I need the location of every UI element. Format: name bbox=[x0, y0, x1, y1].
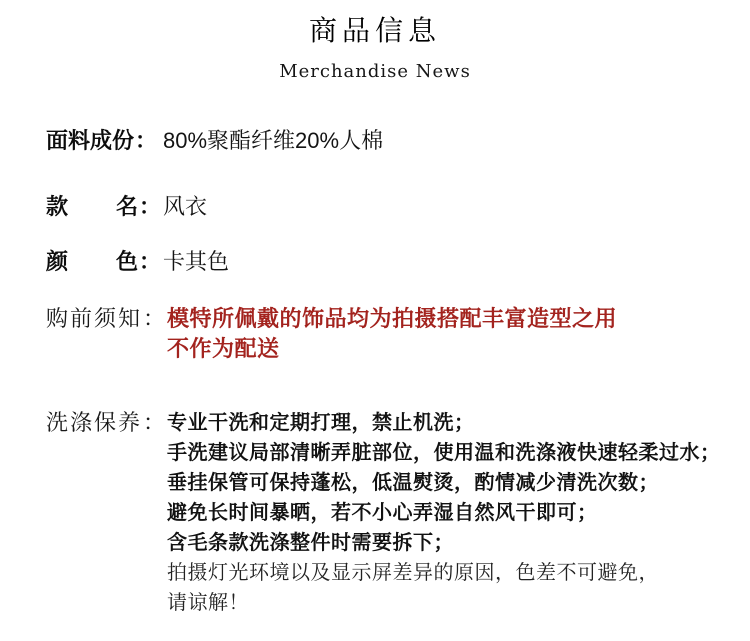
page-header: 商品信息 Merchandise News bbox=[0, 0, 750, 82]
care-line-5: 含毛条款洗涤整件时需要拆下； bbox=[167, 528, 721, 558]
fabric-composition-value: 80%聚酯纤维20%人棉 bbox=[163, 128, 383, 154]
style-name-colon: ： bbox=[139, 194, 161, 220]
care-line-4: 避免长时间暴晒，若不小心弄湿自然风干即可； bbox=[167, 498, 721, 528]
field-style-name: 款 名 ： 风衣 bbox=[46, 194, 730, 220]
field-purchase-notice: 购前须知： 模特所佩戴的饰品均为拍摄搭配丰富造型之用 不作为配送 bbox=[46, 304, 730, 364]
care-colon: ： bbox=[143, 408, 167, 438]
purchase-notice-label: 购前须知： bbox=[46, 304, 167, 334]
care-line-6: 拍摄灯光环境以及显示屏差异的原因，色差不可避免， bbox=[167, 558, 721, 588]
care-instructions-value: 专业干洗和定期打理，禁止机洗； 手洗建议局部清晰弄脏部位，使用温和洗涤液快速轻柔… bbox=[167, 408, 721, 618]
care-label: 洗涤保养： bbox=[46, 408, 167, 438]
fabric-composition-colon: ： bbox=[135, 128, 157, 154]
care-line-1: 专业干洗和定期打理，禁止机洗； bbox=[167, 408, 721, 438]
color-value: 卡其色 bbox=[163, 249, 229, 275]
color-label-char-1: 颜 bbox=[46, 249, 68, 275]
purchase-notice-value: 模特所佩戴的饰品均为拍摄搭配丰富造型之用 不作为配送 bbox=[167, 304, 617, 364]
color-label-char-2: 色 bbox=[116, 249, 138, 275]
purchase-notice-colon: ： bbox=[143, 304, 167, 334]
field-care-instructions: 洗涤保养： 专业干洗和定期打理，禁止机洗； 手洗建议局部清晰弄脏部位，使用温和洗… bbox=[46, 408, 730, 618]
color-label-text: 颜 色 bbox=[46, 249, 138, 275]
style-name-label: 款 名 ： bbox=[46, 194, 163, 220]
fabric-composition-label-text: 面料成份 bbox=[46, 128, 134, 154]
field-fabric-composition: 面料成份： 80%聚酯纤维20%人棉 bbox=[46, 128, 730, 154]
product-info-page: 商品信息 Merchandise News 面料成份： 80%聚酯纤维20%人棉… bbox=[0, 0, 750, 641]
style-name-label-char-1: 款 bbox=[46, 194, 68, 220]
fabric-composition-label: 面料成份： bbox=[46, 128, 163, 154]
field-color: 颜 色 ： 卡其色 bbox=[46, 249, 730, 275]
page-subtitle: Merchandise News bbox=[0, 62, 750, 82]
page-title: 商品信息 bbox=[0, 15, 750, 47]
care-line-7: 请谅解！ bbox=[167, 588, 721, 618]
care-line-2: 手洗建议局部清晰弄脏部位，使用温和洗涤液快速轻柔过水； bbox=[167, 438, 721, 468]
color-colon: ： bbox=[139, 249, 161, 275]
color-label: 颜 色 ： bbox=[46, 249, 163, 275]
style-name-label-char-2: 名 bbox=[116, 194, 138, 220]
care-label-text: 洗涤保养 bbox=[46, 408, 142, 438]
care-line-3: 垂挂保管可保持蓬松，低温熨烫，酌情减少清洗次数； bbox=[167, 468, 721, 498]
purchase-notice-line-2: 不作为配送 bbox=[167, 334, 617, 364]
style-name-label-text: 款 名 bbox=[46, 194, 138, 220]
style-name-value: 风衣 bbox=[163, 194, 207, 220]
purchase-notice-label-text: 购前须知 bbox=[46, 304, 142, 334]
product-info-list: 面料成份： 80%聚酯纤维20%人棉 款 名 ： 风衣 颜 色 ： 卡其色 bbox=[0, 128, 750, 618]
purchase-notice-line-1: 模特所佩戴的饰品均为拍摄搭配丰富造型之用 bbox=[167, 304, 617, 334]
